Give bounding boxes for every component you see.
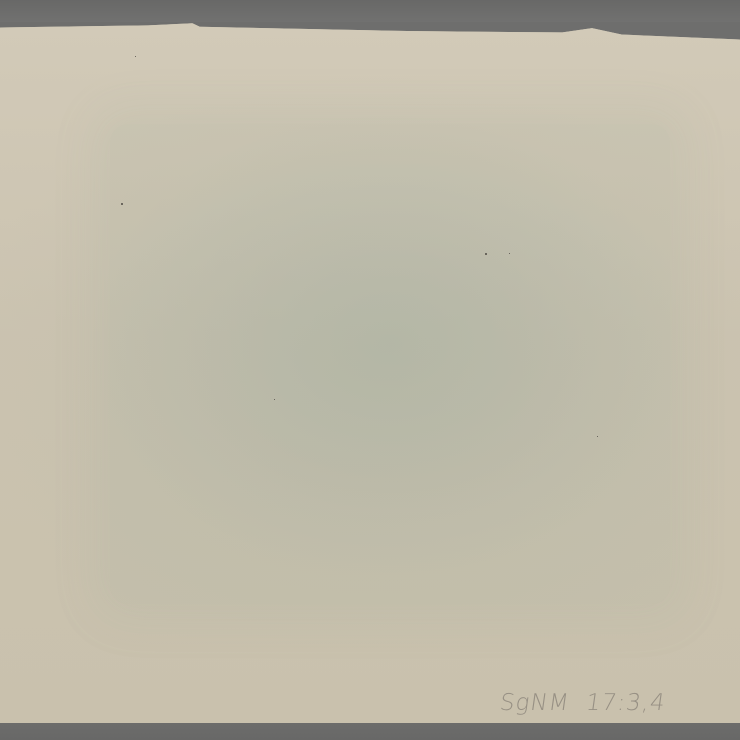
background-strip-bottom — [0, 723, 740, 740]
speck — [509, 253, 510, 254]
speck — [121, 203, 123, 205]
photo-scene: SgNM 17:3,4 — [0, 0, 740, 740]
speck — [135, 56, 136, 57]
background-strip-top — [0, 0, 740, 22]
speck — [485, 253, 487, 255]
speck — [597, 436, 598, 437]
image-show-through — [110, 124, 670, 604]
pencil-inventory-number: SgNM 17:3,4 — [498, 690, 667, 716]
paper-sheet: SgNM 17:3,4 — [0, 14, 740, 723]
speck — [274, 399, 275, 400]
